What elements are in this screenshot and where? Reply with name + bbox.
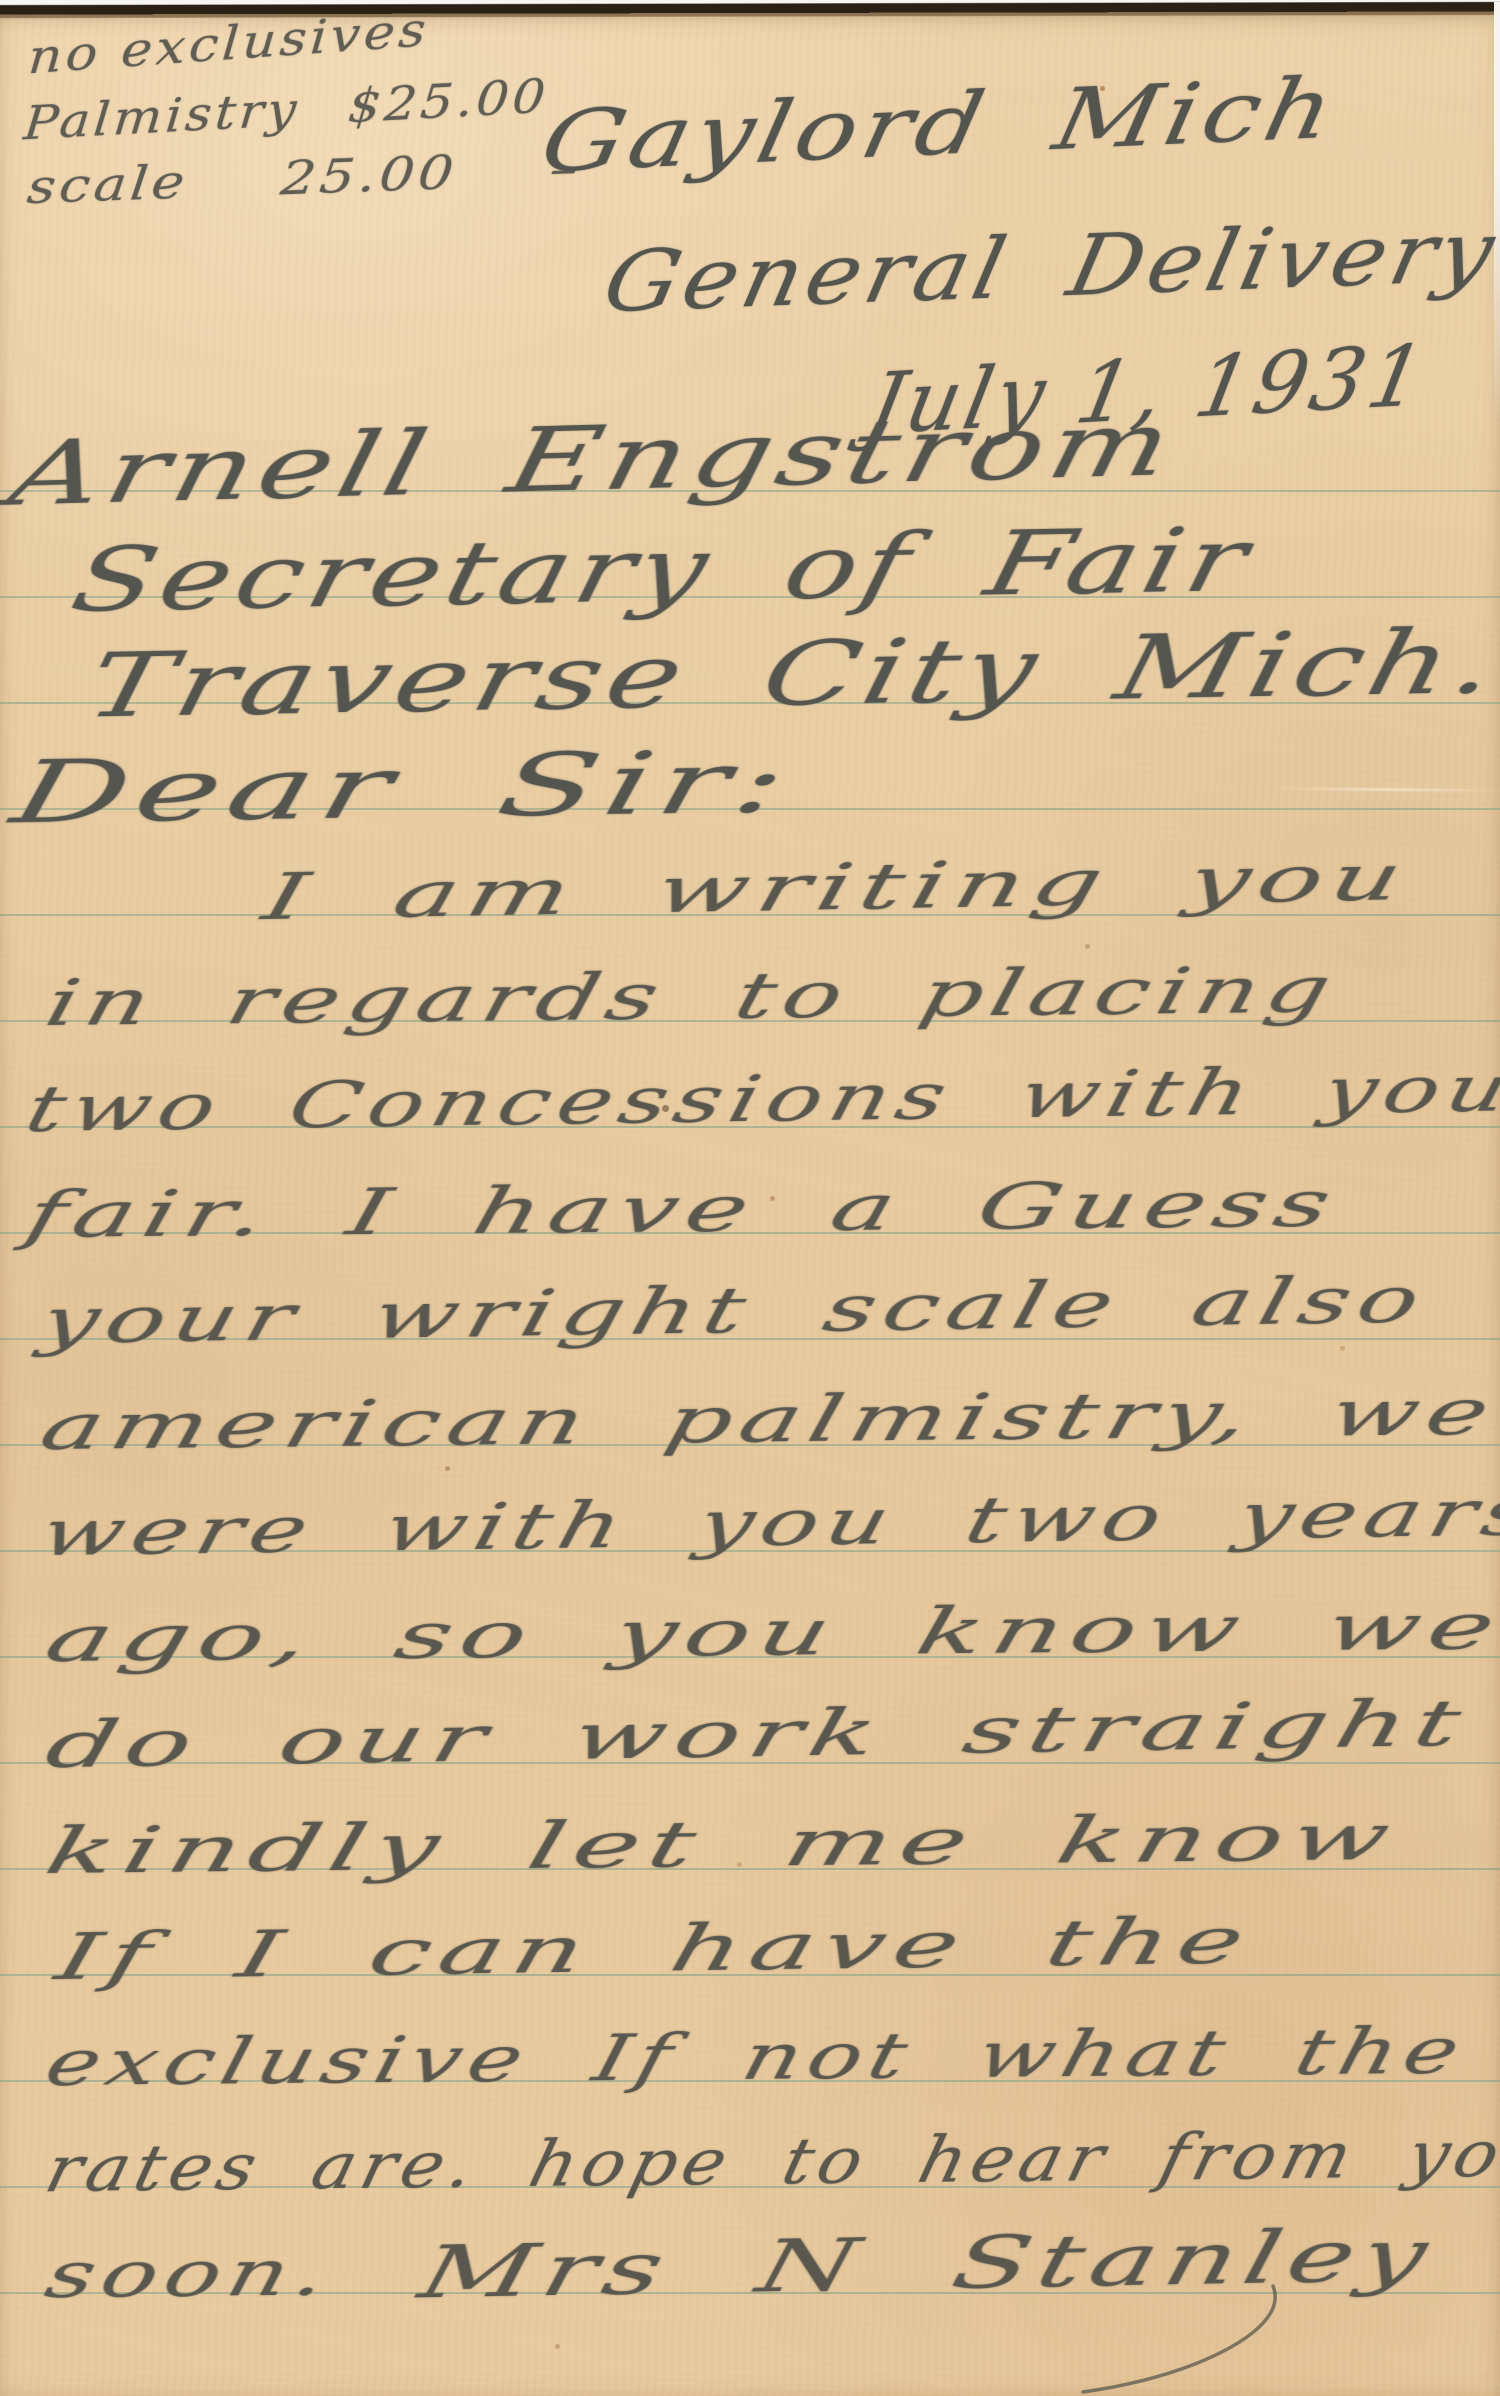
salutation: Dear Sir: [5,739,802,836]
body-line: I am writing you [257,846,1416,930]
body-line: two Concessions with your [20,1057,1500,1143]
signature-flourish [1035,2282,1295,2396]
closing: soon. [40,2242,340,2309]
body-line: in regards to placing [40,959,1344,1037]
scanned-letter: no exclusives Palmistry $25.00 scale 25.… [0,0,1500,2396]
body-line: fair. I have a Guess [20,1173,1345,1249]
body-line: kindly let me know [40,1806,1405,1884]
body-line: ago, so you know we [40,1595,1500,1672]
recipient-title: Secretary of Fair [65,515,1261,624]
body-line: If I can have the [50,1909,1258,1990]
recipient-city: Traverse City Mich. [80,617,1500,730]
body-line: rates are. hope to hear from you [40,2122,1500,2202]
body-line: exclusive If not what the [40,2020,1473,2097]
body-line: were with you two years [35,1481,1500,1566]
body-line: american palmistry, we [35,1381,1500,1460]
